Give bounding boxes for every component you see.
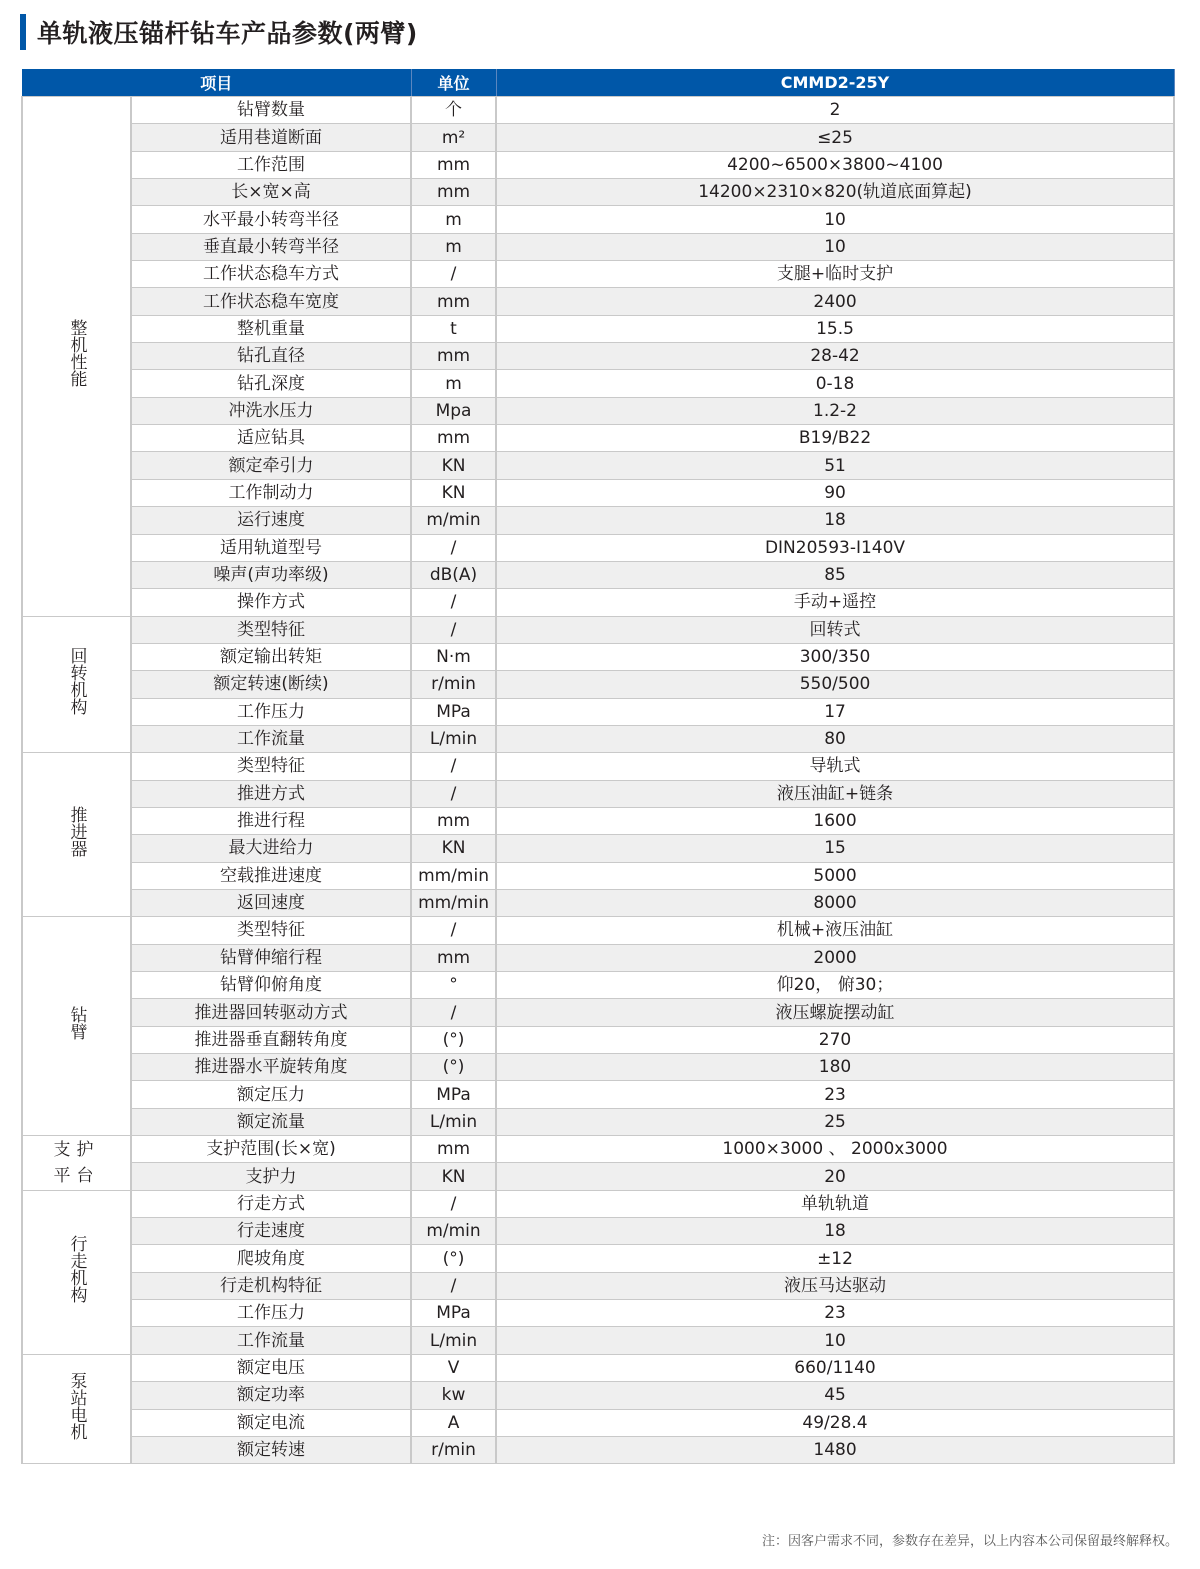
table-row: 整机性能钻臂数量个2 [22, 97, 1174, 124]
unit-cell: kw [411, 1382, 496, 1409]
value-cell: 51 [496, 452, 1174, 479]
unit-cell: m [411, 206, 496, 233]
table-row: 空载推进速度mm/min5000 [22, 862, 1174, 889]
item-cell: 适用轨道型号 [131, 534, 411, 561]
value-cell: 15.5 [496, 315, 1174, 342]
unit-cell: L/min [411, 1108, 496, 1135]
table-row: 工作状态稳车方式/支腿+临时支护 [22, 261, 1174, 288]
table-header-row: 项目 单位 CMMD2-25Y [22, 69, 1174, 97]
item-cell: 额定转速 [131, 1436, 411, 1463]
value-cell: 23 [496, 1081, 1174, 1108]
table-row: 工作压力MPa23 [22, 1300, 1174, 1327]
table-row: 支护力KN20 [22, 1163, 1174, 1190]
unit-cell: / [411, 753, 496, 780]
unit-cell: (°) [411, 1245, 496, 1272]
item-cell: 钻臂仰俯角度 [131, 972, 411, 999]
item-cell: 冲洗水压力 [131, 397, 411, 424]
value-cell: 20 [496, 1163, 1174, 1190]
value-cell: 90 [496, 479, 1174, 506]
item-cell: 钻孔直径 [131, 343, 411, 370]
spec-table: 项目 单位 CMMD2-25Y 整机性能钻臂数量个2适用巷道断面m²≤25工作范… [21, 69, 1175, 1464]
value-cell: 液压马达驱动 [496, 1272, 1174, 1299]
header-item: 项目 [22, 69, 411, 97]
unit-cell: mm [411, 944, 496, 971]
unit-cell: (°) [411, 1026, 496, 1053]
value-cell: 660/1140 [496, 1354, 1174, 1381]
value-cell: 550/500 [496, 671, 1174, 698]
item-cell: 推进器回转驱动方式 [131, 999, 411, 1026]
table-row: 行走机构行走方式/单轨轨道 [22, 1190, 1174, 1217]
item-cell: 支护力 [131, 1163, 411, 1190]
table-row: 钻臂伸缩行程mm2000 [22, 944, 1174, 971]
value-cell: 15 [496, 835, 1174, 862]
table-row: 推进器水平旋转角度(°)180 [22, 1054, 1174, 1081]
value-cell: 机械+液压油缸 [496, 917, 1174, 944]
table-row: 工作流量L/min10 [22, 1327, 1174, 1354]
value-cell: 2000 [496, 944, 1174, 971]
title-accent-bar [20, 14, 26, 50]
item-cell: 额定牵引力 [131, 452, 411, 479]
unit-cell: Mpa [411, 397, 496, 424]
unit-cell: r/min [411, 671, 496, 698]
table-row: 额定转速r/min1480 [22, 1436, 1174, 1463]
table-row: 最大进给力KN15 [22, 835, 1174, 862]
unit-cell: dB(A) [411, 561, 496, 588]
item-cell: 行走机构特征 [131, 1272, 411, 1299]
unit-cell: mm/min [411, 889, 496, 916]
unit-cell: L/min [411, 725, 496, 752]
value-cell: 49/28.4 [496, 1409, 1174, 1436]
unit-cell: mm [411, 179, 496, 206]
table-row: 工作制动力KN90 [22, 479, 1174, 506]
value-cell: 10 [496, 233, 1174, 260]
item-cell: 类型特征 [131, 917, 411, 944]
unit-cell: / [411, 616, 496, 643]
unit-cell: A [411, 1409, 496, 1436]
value-cell: 23 [496, 1300, 1174, 1327]
table-row: 推进器类型特征/导轨式 [22, 753, 1174, 780]
unit-cell: m [411, 370, 496, 397]
header-unit: 单位 [411, 69, 496, 97]
value-cell: 单轨轨道 [496, 1190, 1174, 1217]
table-row: 额定压力MPa23 [22, 1081, 1174, 1108]
unit-cell: / [411, 1190, 496, 1217]
table-row: 运行速度m/min18 [22, 507, 1174, 534]
table-row: 长×宽×高mm14200×2310×820(轨道底面算起) [22, 179, 1174, 206]
value-cell: 80 [496, 725, 1174, 752]
item-cell: 推进器垂直翻转角度 [131, 1026, 411, 1053]
table-row: 噪声(声功率级)dB(A)85 [22, 561, 1174, 588]
unit-cell: ° [411, 972, 496, 999]
unit-cell: KN [411, 835, 496, 862]
value-cell: 10 [496, 206, 1174, 233]
table-row: 推进器回转驱动方式/液压螺旋摆动缸 [22, 999, 1174, 1026]
value-cell: 180 [496, 1054, 1174, 1081]
table-row: 钻孔深度m0-18 [22, 370, 1174, 397]
item-cell: 运行速度 [131, 507, 411, 534]
group-label: 整机性能 [66, 319, 88, 387]
unit-cell: mm [411, 807, 496, 834]
table-row: 钻臂类型特征/机械+液压油缸 [22, 917, 1174, 944]
value-cell: 液压油缸+链条 [496, 780, 1174, 807]
value-cell: 手动+遥控 [496, 589, 1174, 616]
table-row: 适用轨道型号/DIN20593-I140V [22, 534, 1174, 561]
table-row: 额定电流A49/28.4 [22, 1409, 1174, 1436]
table-row: 回转机构类型特征/回转式 [22, 616, 1174, 643]
group-cell: 钻臂 [22, 917, 131, 1136]
unit-cell: / [411, 589, 496, 616]
item-cell: 工作状态稳车宽度 [131, 288, 411, 315]
group-label: 钻臂 [66, 1006, 88, 1040]
item-cell: 爬坡角度 [131, 1245, 411, 1272]
group-cell: 推进器 [22, 753, 131, 917]
table-row: 钻臂仰俯角度°仰20， 俯30； [22, 972, 1174, 999]
unit-cell: mm [411, 425, 496, 452]
group-cell: 回转机构 [22, 616, 131, 753]
table-row: 额定输出转矩N·m300/350 [22, 643, 1174, 670]
item-cell: 返回速度 [131, 889, 411, 916]
value-cell: ±12 [496, 1245, 1174, 1272]
table-row: 额定功率kw45 [22, 1382, 1174, 1409]
page-title: 单轨液压锚杆钻车产品参数(两臂) [37, 14, 418, 50]
table-row: 爬坡角度(°)±12 [22, 1245, 1174, 1272]
group-label: 泵站电机 [66, 1372, 88, 1440]
table-body: 整机性能钻臂数量个2适用巷道断面m²≤25工作范围mm4200~6500×380… [22, 97, 1174, 1464]
group-label: 支护平台 [53, 1137, 101, 1189]
unit-cell: L/min [411, 1327, 496, 1354]
value-cell: 5000 [496, 862, 1174, 889]
unit-cell: KN [411, 452, 496, 479]
item-cell: 额定功率 [131, 1382, 411, 1409]
table-row: 额定牵引力KN51 [22, 452, 1174, 479]
value-cell: 支腿+临时支护 [496, 261, 1174, 288]
table-row: 工作流量L/min80 [22, 725, 1174, 752]
table-row: 冲洗水压力Mpa1.2-2 [22, 397, 1174, 424]
value-cell: 25 [496, 1108, 1174, 1135]
item-cell: 行走方式 [131, 1190, 411, 1217]
table-row: 推进方式/液压油缸+链条 [22, 780, 1174, 807]
unit-cell: m/min [411, 1218, 496, 1245]
unit-cell: mm/min [411, 862, 496, 889]
unit-cell: N·m [411, 643, 496, 670]
unit-cell: / [411, 917, 496, 944]
value-cell: 1.2-2 [496, 397, 1174, 424]
group-cell: 行走机构 [22, 1190, 131, 1354]
item-cell: 额定电流 [131, 1409, 411, 1436]
value-cell: 85 [496, 561, 1174, 588]
group-cell: 整机性能 [22, 97, 131, 617]
value-cell: 14200×2310×820(轨道底面算起) [496, 179, 1174, 206]
value-cell: 2400 [496, 288, 1174, 315]
table-row: 返回速度mm/min8000 [22, 889, 1174, 916]
item-cell: 整机重量 [131, 315, 411, 342]
value-cell: 270 [496, 1026, 1174, 1053]
item-cell: 推进行程 [131, 807, 411, 834]
item-cell: 类型特征 [131, 753, 411, 780]
table-row: 支护平台支护范围(长×宽)mm1000×3000 、 2000x3000 [22, 1136, 1174, 1163]
unit-cell: 个 [411, 97, 496, 124]
item-cell: 支护范围(长×宽) [131, 1136, 411, 1163]
item-cell: 推进器水平旋转角度 [131, 1054, 411, 1081]
table-row: 泵站电机额定电压V660/1140 [22, 1354, 1174, 1381]
item-cell: 行走速度 [131, 1218, 411, 1245]
unit-cell: m [411, 233, 496, 260]
value-cell: 300/350 [496, 643, 1174, 670]
unit-cell: mm [411, 343, 496, 370]
table-row: 额定流量L/min25 [22, 1108, 1174, 1135]
group-label: 推进器 [66, 806, 88, 857]
table-row: 行走速度m/min18 [22, 1218, 1174, 1245]
item-cell: 噪声(声功率级) [131, 561, 411, 588]
item-cell: 额定流量 [131, 1108, 411, 1135]
table-row: 额定转速(断续)r/min550/500 [22, 671, 1174, 698]
group-label: 行走机构 [66, 1235, 88, 1303]
table-row: 适应钻具mmB19/B22 [22, 425, 1174, 452]
item-cell: 操作方式 [131, 589, 411, 616]
table-row: 适用巷道断面m²≤25 [22, 124, 1174, 151]
value-cell: 28-42 [496, 343, 1174, 370]
unit-cell: mm [411, 1136, 496, 1163]
table-row: 整机重量t15.5 [22, 315, 1174, 342]
unit-cell: t [411, 315, 496, 342]
group-label: 回转机构 [66, 647, 88, 715]
value-cell: 45 [496, 1382, 1174, 1409]
item-cell: 额定电压 [131, 1354, 411, 1381]
group-cell: 支护平台 [22, 1136, 131, 1191]
item-cell: 工作范围 [131, 151, 411, 178]
table-row: 推进行程mm1600 [22, 807, 1174, 834]
item-cell: 钻孔深度 [131, 370, 411, 397]
unit-cell: MPa [411, 1081, 496, 1108]
item-cell: 额定压力 [131, 1081, 411, 1108]
header-model: CMMD2-25Y [496, 69, 1174, 97]
unit-cell: mm [411, 288, 496, 315]
group-cell: 泵站电机 [22, 1354, 131, 1463]
value-cell: 回转式 [496, 616, 1174, 643]
item-cell: 工作状态稳车方式 [131, 261, 411, 288]
page-heading: 单轨液压锚杆钻车产品参数(两臂) [20, 14, 418, 50]
unit-cell: mm [411, 151, 496, 178]
table-row: 工作范围mm4200~6500×3800~4100 [22, 151, 1174, 178]
item-cell: 类型特征 [131, 616, 411, 643]
table-row: 钻孔直径mm28-42 [22, 343, 1174, 370]
table-row: 操作方式/手动+遥控 [22, 589, 1174, 616]
unit-cell: / [411, 534, 496, 561]
item-cell: 推进方式 [131, 780, 411, 807]
table-row: 行走机构特征/液压马达驱动 [22, 1272, 1174, 1299]
item-cell: 长×宽×高 [131, 179, 411, 206]
unit-cell: MPa [411, 698, 496, 725]
value-cell: 1600 [496, 807, 1174, 834]
item-cell: 适用巷道断面 [131, 124, 411, 151]
value-cell: ≤25 [496, 124, 1174, 151]
item-cell: 适应钻具 [131, 425, 411, 452]
value-cell: 0-18 [496, 370, 1174, 397]
unit-cell: V [411, 1354, 496, 1381]
unit-cell: / [411, 1272, 496, 1299]
item-cell: 额定输出转矩 [131, 643, 411, 670]
item-cell: 工作制动力 [131, 479, 411, 506]
unit-cell: / [411, 261, 496, 288]
table-row: 工作状态稳车宽度mm2400 [22, 288, 1174, 315]
item-cell: 工作流量 [131, 725, 411, 752]
item-cell: 钻臂伸缩行程 [131, 944, 411, 971]
value-cell: 17 [496, 698, 1174, 725]
value-cell: 10 [496, 1327, 1174, 1354]
value-cell: 液压螺旋摆动缸 [496, 999, 1174, 1026]
value-cell: 4200~6500×3800~4100 [496, 151, 1174, 178]
table-row: 水平最小转弯半径m10 [22, 206, 1174, 233]
item-cell: 空载推进速度 [131, 862, 411, 889]
unit-cell: / [411, 999, 496, 1026]
footer-note: 注：因客户需求不同，参数存在差异，以上内容本公司保留最终解释权。 [762, 1530, 1178, 1549]
value-cell: DIN20593-I140V [496, 534, 1174, 561]
item-cell: 最大进给力 [131, 835, 411, 862]
value-cell: 2 [496, 97, 1174, 124]
value-cell: 导轨式 [496, 753, 1174, 780]
item-cell: 工作流量 [131, 1327, 411, 1354]
unit-cell: r/min [411, 1436, 496, 1463]
value-cell: 仰20， 俯30； [496, 972, 1174, 999]
table-row: 推进器垂直翻转角度(°)270 [22, 1026, 1174, 1053]
item-cell: 工作压力 [131, 698, 411, 725]
value-cell: 18 [496, 1218, 1174, 1245]
item-cell: 额定转速(断续) [131, 671, 411, 698]
unit-cell: KN [411, 479, 496, 506]
value-cell: 8000 [496, 889, 1174, 916]
value-cell: B19/B22 [496, 425, 1174, 452]
value-cell: 1000×3000 、 2000x3000 [496, 1136, 1174, 1163]
unit-cell: KN [411, 1163, 496, 1190]
unit-cell: / [411, 780, 496, 807]
item-cell: 垂直最小转弯半径 [131, 233, 411, 260]
item-cell: 水平最小转弯半径 [131, 206, 411, 233]
unit-cell: m² [411, 124, 496, 151]
item-cell: 钻臂数量 [131, 97, 411, 124]
unit-cell: (°) [411, 1054, 496, 1081]
table-row: 工作压力MPa17 [22, 698, 1174, 725]
unit-cell: m/min [411, 507, 496, 534]
value-cell: 18 [496, 507, 1174, 534]
item-cell: 工作压力 [131, 1300, 411, 1327]
table-row: 垂直最小转弯半径m10 [22, 233, 1174, 260]
value-cell: 1480 [496, 1436, 1174, 1463]
unit-cell: MPa [411, 1300, 496, 1327]
